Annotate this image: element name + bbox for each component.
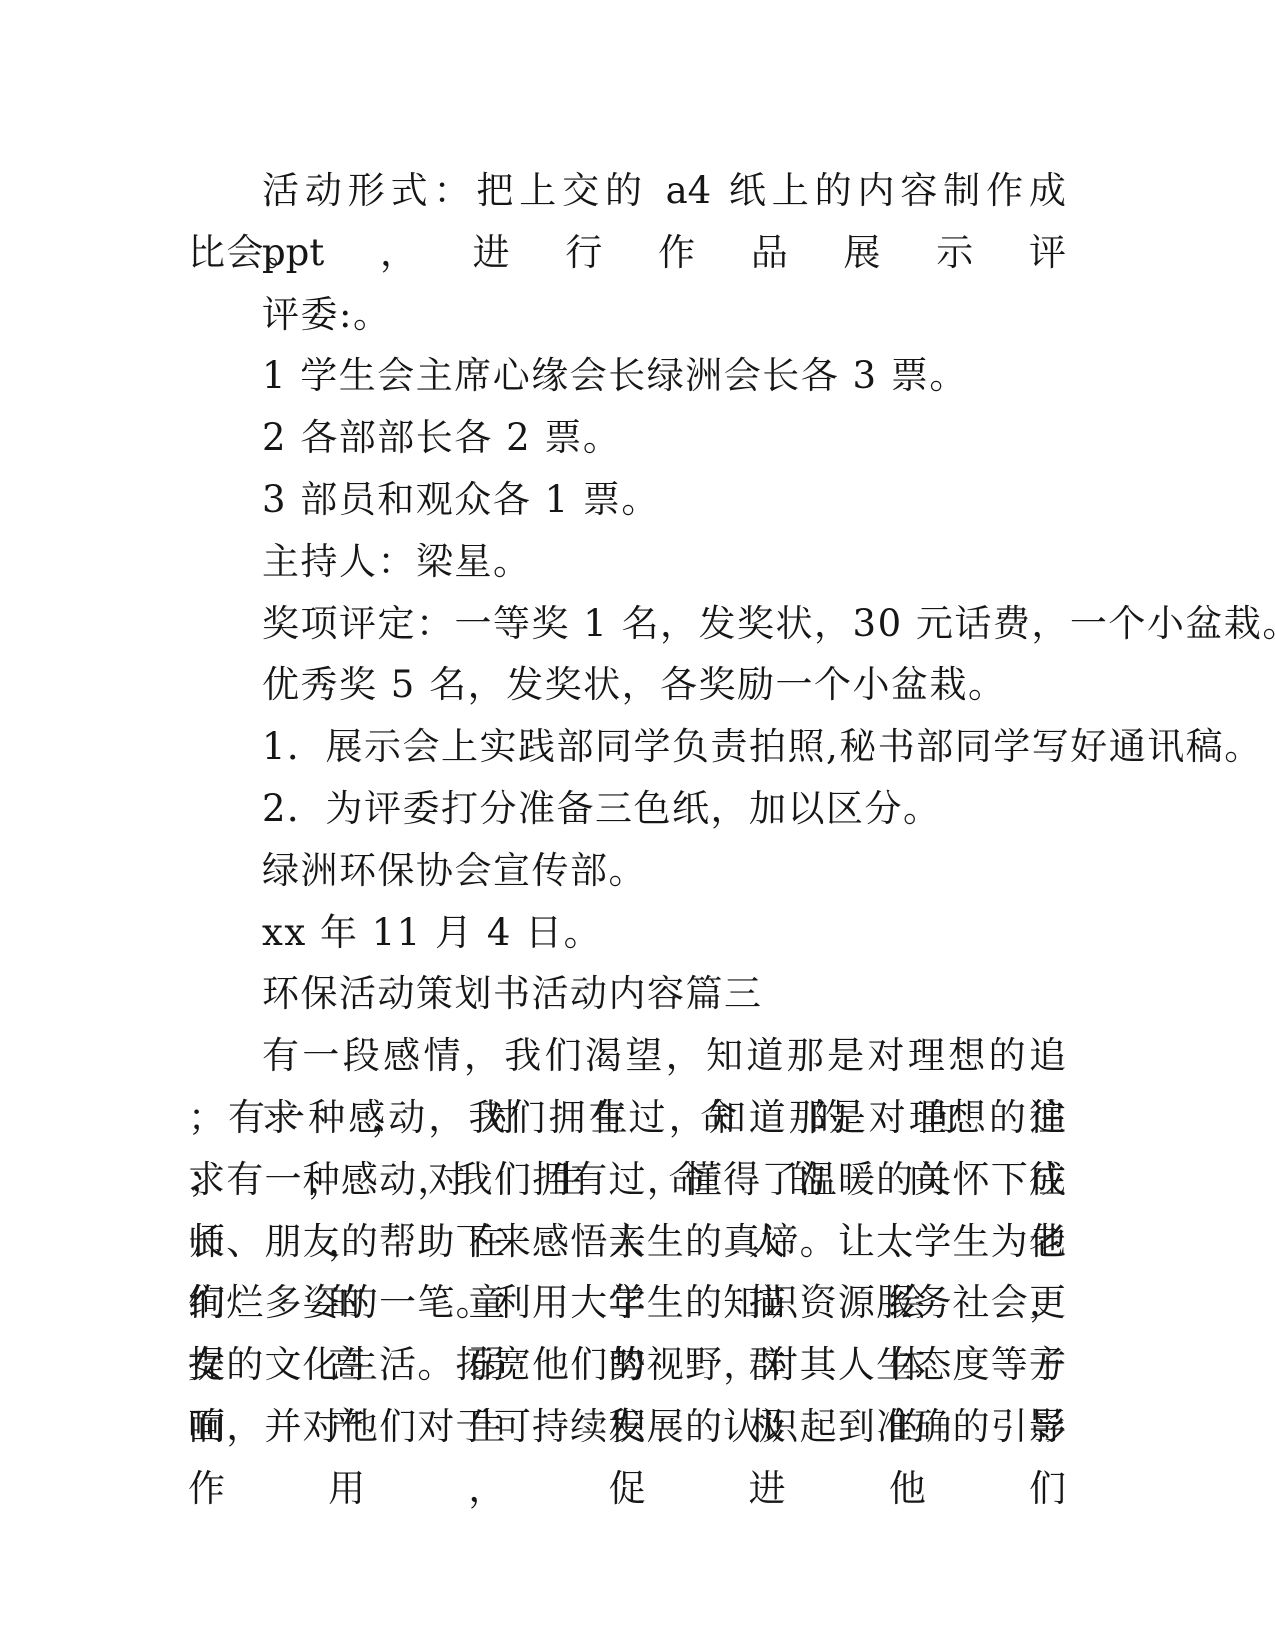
text-line: 环保活动策划书活动内容篇三 [188, 963, 1066, 1025]
text-line: 响，并对他们对于可持续发展的认识起到准确的引导作用，促进他们 [188, 1396, 1066, 1458]
text-line: xx 年 11 月 4 日。 [188, 902, 1066, 964]
text-lines: 活动形式：把上交的 a4 纸上的内容制作成 ppt，进行作品展示评比会。评委:。… [188, 160, 1066, 1458]
text-line: 有一段感情，我们渴望，知道那是对理想的追求，对生命的向往 [188, 1025, 1066, 1087]
text-line: 优秀奖 5 名，发奖状，各奖励一个小盆栽。 [188, 654, 1066, 716]
text-line: 奖项评定：一等奖 1 名，发奖状，30 元话费，一个小盆栽。 [188, 593, 1066, 655]
text-line: 师、朋友的帮助下来感悟人生的真谛。让大学生为他们的童年描绘更 [188, 1211, 1066, 1273]
text-line: 2．为评委打分准备三色纸，加以区分。 [188, 778, 1066, 840]
text-line: 3 部员和观众各 1 票。 [188, 469, 1066, 531]
text-line: 绿洲环保协会宣传部。 [188, 840, 1066, 902]
text-line: 1 学生会主席心缘会长绿洲会长各 3 票。 [188, 345, 1066, 407]
text-line: ；有一种感动，我们拥有过，懂得了温暖的关怀下成长，在亲人、老 [188, 1149, 1066, 1211]
text-line: 活动形式：把上交的 a4 纸上的内容制作成 ppt，进行作品展示评 [188, 160, 1066, 222]
text-line: ；有一种感动，我们拥有过，知道那是对理想的追求，对生命的向往 [188, 1087, 1066, 1149]
text-line: 1．展示会上实践部同学负责拍照,秘书部同学写好通讯稿。 [188, 716, 1066, 778]
text-line: 女的文化生活。拓宽他们的视野，对其人生态度等方面产生积极的影 [188, 1334, 1066, 1396]
text-line: 主持人：梁星。 [188, 531, 1066, 593]
text-line: 2 各部部长各 2 票。 [188, 407, 1066, 469]
text-line: 评委:。 [188, 284, 1066, 346]
text-line: 绚烂多姿的一笔。利用大学生的知识资源服务社会，提高弱势群体子 [188, 1272, 1066, 1334]
document-page: 活动形式：把上交的 a4 纸上的内容制作成 ppt，进行作品展示评比会。评委:。… [0, 0, 1275, 1650]
